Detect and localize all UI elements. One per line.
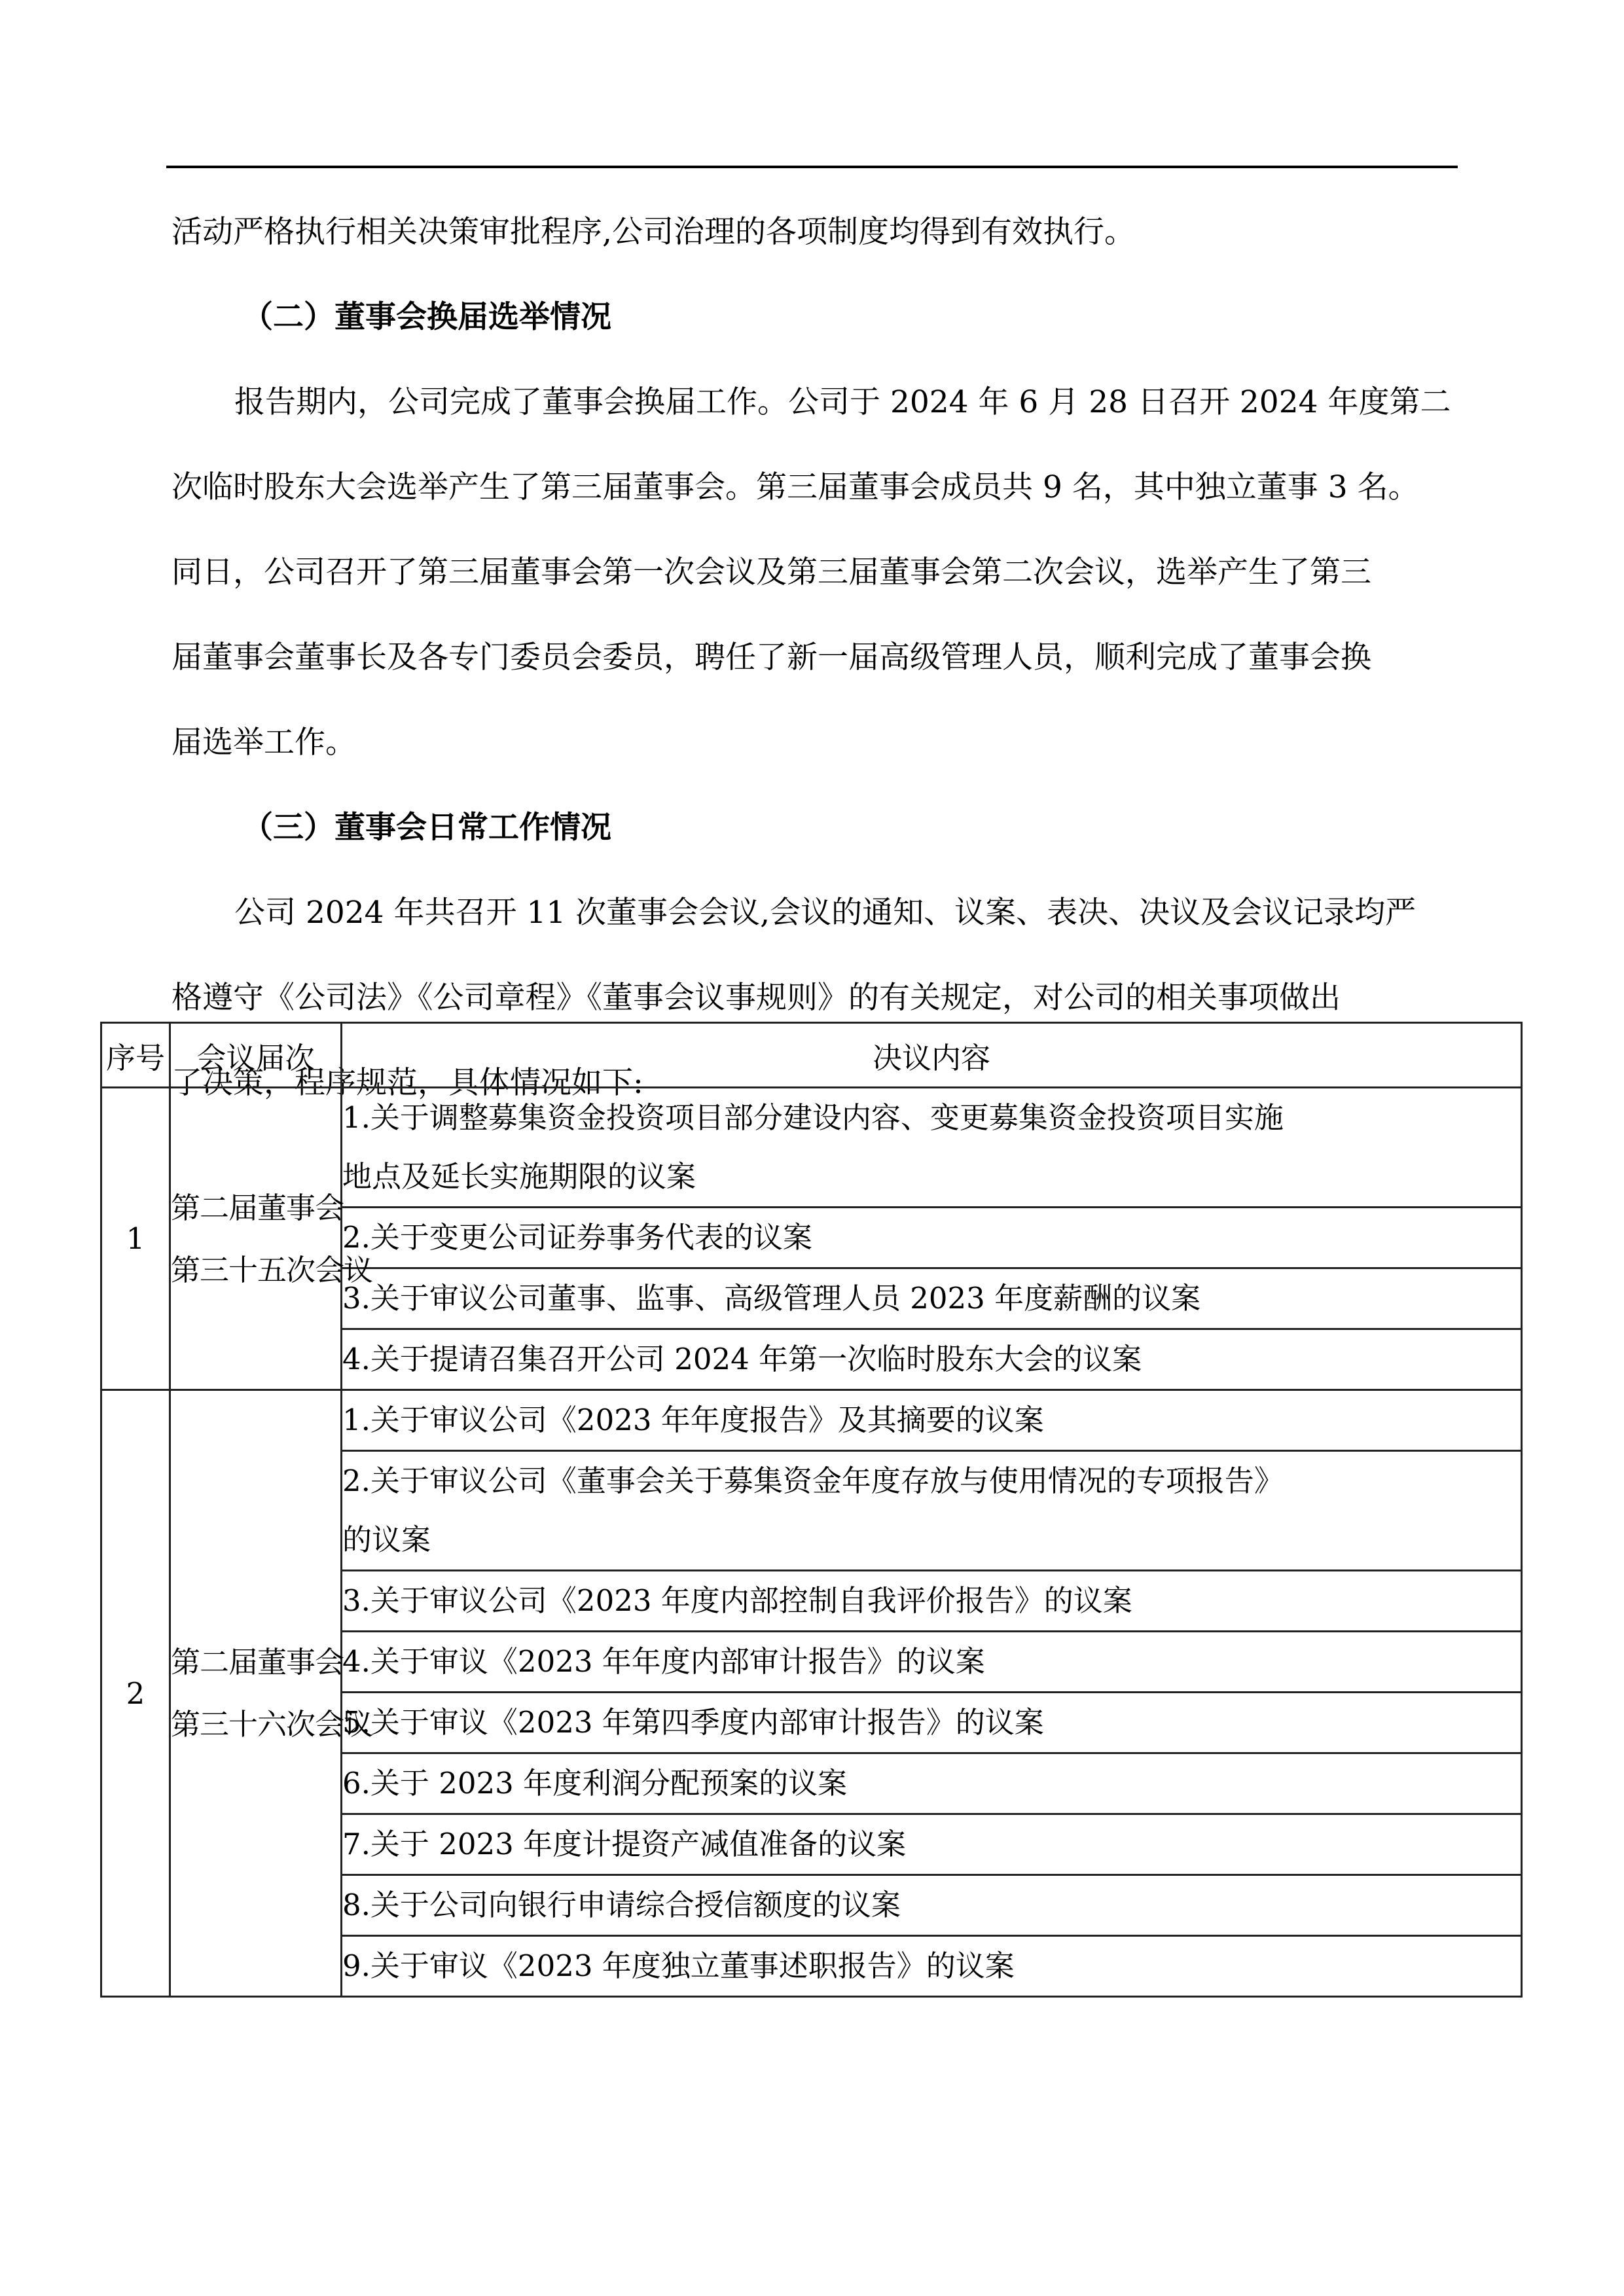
paragraph-line: 公司 2024 年共召开 11 次董事会会议,会议的通知、议案、表决、决议及会议…	[171, 870, 1461, 956]
resolution-line: 的议案	[342, 1511, 1521, 1570]
table-row: 2 第二届董事会 第三十六次会议 1.关于审议公司《2023 年年度报告》及其摘…	[101, 1390, 1522, 1451]
section-heading-board-daily-work: （三）董事会日常工作情况	[171, 785, 1461, 870]
resolution-item: 5.关于审议《2023 年第四季度内部审计报告》的议案	[342, 1693, 1522, 1753]
resolution-item: 2.关于审议公司《董事会关于募集资金年度存放与使用情况的专项报告》 的议案	[342, 1451, 1522, 1571]
page-body: 活动严格执行相关决策审批程序,公司治理的各项制度均得到有效执行。 （二）董事会换…	[171, 190, 1461, 1126]
meeting-session-line: 第三十五次会议	[171, 1239, 340, 1301]
meeting-session-line: 第三十六次会议	[171, 1693, 340, 1755]
resolution-line: 2.关于审议公司《董事会关于募集资金年度存放与使用情况的专项报告》	[342, 1452, 1521, 1511]
paragraph-line: 同日，公司召开了第三届董事会第一次会议及第三届董事会第二次会议，选举产生了第三	[171, 530, 1461, 615]
resolution-item: 8.关于公司向银行申请综合授信额度的议案	[342, 1875, 1522, 1936]
meeting-session-line: 第二届董事会	[171, 1631, 340, 1693]
resolution-line: 地点及延长实施期限的议案	[342, 1147, 1521, 1206]
resolution-item: 3.关于审议公司《2023 年度内部控制自我评价报告》的议案	[342, 1571, 1522, 1632]
paragraph-line: 活动严格执行相关决策审批程序,公司治理的各项制度均得到有效执行。	[171, 190, 1461, 275]
table-row: 1 第二届董事会 第三十五次会议 1.关于调整募集资金投资项目部分建设内容、变更…	[101, 1088, 1522, 1208]
resolution-item: 6.关于 2023 年度利润分配预案的议案	[342, 1753, 1522, 1814]
paragraph-line: 届董事会董事长及各专门委员会委员，聘任了新一届高级管理人员，顺利完成了董事会换	[171, 615, 1461, 700]
continued-paragraph: 活动严格执行相关决策审批程序,公司治理的各项制度均得到有效执行。	[171, 190, 1461, 275]
resolution-item: 1.关于审议公司《2023 年年度报告》及其摘要的议案	[342, 1390, 1522, 1451]
resolution-item: 4.关于提请召集召开公司 2024 年第一次临时股东大会的议案	[342, 1329, 1522, 1390]
header-rule	[166, 166, 1458, 168]
resolution-item: 2.关于变更公司证券事务代表的议案	[342, 1208, 1522, 1268]
header-resolution-content: 决议内容	[342, 1023, 1522, 1088]
board-resolutions-table: 序号 会议届次 决议内容 1 第二届董事会 第三十五次会议 1.关于调整募集资金…	[100, 1022, 1523, 1998]
meeting-session-cell: 第二届董事会 第三十六次会议	[170, 1390, 342, 1997]
resolution-item: 1.关于调整募集资金投资项目部分建设内容、变更募集资金投资项目实施 地点及延长实…	[342, 1088, 1522, 1208]
header-meeting-session: 会议届次	[170, 1023, 342, 1088]
resolution-item: 3.关于审议公司董事、监事、高级管理人员 2023 年度薪酬的议案	[342, 1268, 1522, 1329]
header-seq-no: 序号	[101, 1023, 170, 1088]
meeting-session-cell: 第二届董事会 第三十五次会议	[170, 1088, 342, 1390]
section-heading-board-election: （二）董事会换届选举情况	[171, 275, 1461, 360]
resolution-item: 4.关于审议《2023 年年度内部审计报告》的议案	[342, 1632, 1522, 1693]
meeting-session-line: 第二届董事会	[171, 1177, 340, 1239]
seq-no-cell: 1	[101, 1088, 170, 1390]
paragraph-line: 报告期内，公司完成了董事会换届工作。公司于 2024 年 6 月 28 日召开 …	[171, 360, 1461, 445]
resolution-item: 7.关于 2023 年度计提资产减值准备的议案	[342, 1814, 1522, 1875]
resolution-line: 1.关于调整募集资金投资项目部分建设内容、变更募集资金投资项目实施	[342, 1088, 1521, 1147]
resolution-item: 9.关于审议《2023 年度独立董事述职报告》的议案	[342, 1936, 1522, 1997]
paragraph-line: 次临时股东大会选举产生了第三届董事会。第三届董事会成员共 9 名，其中独立董事 …	[171, 445, 1461, 530]
paragraph-line: 届选举工作。	[171, 700, 1461, 785]
paragraph-board-election: 报告期内，公司完成了董事会换届工作。公司于 2024 年 6 月 28 日召开 …	[171, 360, 1461, 785]
seq-no-cell: 2	[101, 1390, 170, 1997]
table-header-row: 序号 会议届次 决议内容	[101, 1023, 1522, 1088]
